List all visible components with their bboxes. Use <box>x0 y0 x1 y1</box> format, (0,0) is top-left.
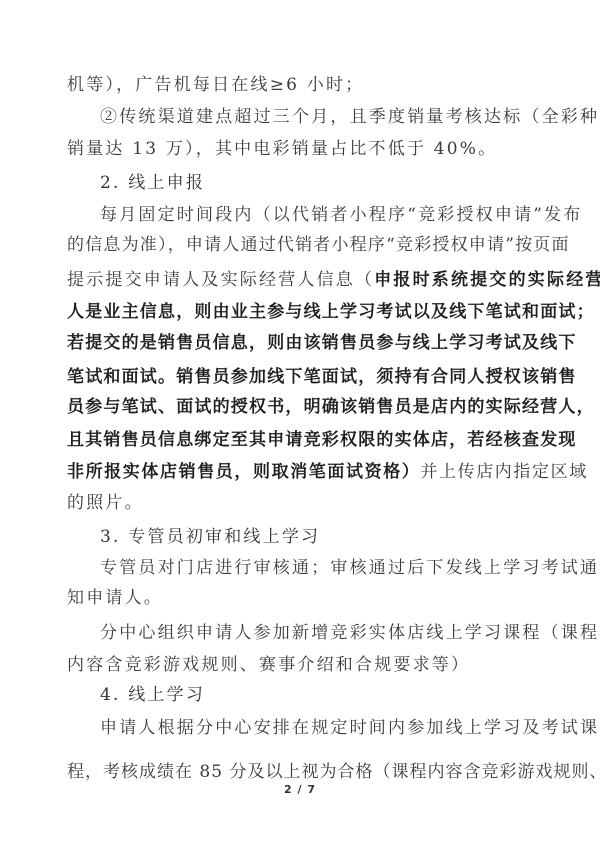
bold-text-line: 人是业主信息，则由业主参与线上学习考试以及线下笔试和面试； <box>67 300 537 324</box>
bold-text-line: 员参与笔试、面试的授权书，明确该销售员是店内的实际经营人， <box>67 395 537 419</box>
text-segment: 的信息为准），申请人通过代销者小程序“竞彩授权申请”按页面 <box>67 235 570 255</box>
bold-text-line: 若提交的是销售员信息，则由该销售员参与线上学习考试及线下 <box>67 331 537 355</box>
body-text-line: 的照片。 <box>67 491 537 515</box>
body-text-line: 机等），广告机每日在线≥6 小时； <box>67 73 537 97</box>
document-page: 机等），广告机每日在线≥6 小时； ②传统渠道建点超过三个月，且季度销量考核达标… <box>0 0 600 856</box>
body-text-line: 申请人根据分中心安排在规定时间内参加线上学习及考试课 <box>100 716 537 740</box>
body-text-line: 每月固定时间段内（以代销者小程序“竞彩授权申请”发布 <box>100 203 537 227</box>
heading-text: 3. 专管员初审和线上学习 <box>100 527 320 547</box>
section-heading-initial-review: 3. 专管员初审和线上学习 <box>100 525 537 549</box>
body-text-line: 程，考核成绩在 85 分及以上视为合格（课程内容含竞彩游戏规则、 <box>67 760 537 784</box>
bold-text-line: 且其销售员信息绑定至其申请竞彩权限的实体店，若经核查发现 <box>67 428 537 452</box>
section-heading-online-learning: 4. 线上学习 <box>100 683 537 707</box>
text-segment: 员参与笔试、面试的授权书，明确该销售员是店内的实际经营人， <box>67 397 595 417</box>
bold-text-segment: 非所报实体店销售员，则取消笔面试资格） <box>67 462 420 482</box>
body-text-line: 非所报实体店销售员，则取消笔面试资格）并上传店内指定区域 <box>67 460 537 484</box>
text-segment: 且其销售员信息绑定至其申请竞彩权限的实体店，若经核查发现 <box>67 430 577 450</box>
bold-text-segment: 申报时系统提交的实际经营 <box>374 270 600 290</box>
heading-text: 2. 线上申报 <box>100 173 205 193</box>
body-text-line: 知申请人。 <box>67 586 537 610</box>
text-segment: 销量达 13 万），其中电彩销量占比不低于 40%。 <box>67 139 497 159</box>
text-segment: 的照片。 <box>67 493 144 513</box>
text-segment: 笔试和面试。销售员参加线下笔面试，须持有合同人授权该销售 <box>67 367 577 387</box>
text-segment: 机等），广告机每日在线≥6 小时； <box>67 75 364 95</box>
text-segment: 专管员对门店进行审核通；审核通过后下发线上学习考试通 <box>100 558 599 578</box>
text-segment: 程，考核成绩在 85 分及以上视为合格（课程内容含竞彩游戏规则、 <box>67 762 600 782</box>
text-segment: ②传统渠道建点超过三个月，且季度销量考核达标（全彩种 <box>100 107 599 127</box>
text-segment: 提示提交申请人及实际经营人信息（ <box>67 270 374 290</box>
text-segment: 内容含竞彩游戏规则、赛事介绍和合规要求等） <box>67 655 470 675</box>
text-segment: 申请人根据分中心安排在规定时间内参加线上学习及考试课 <box>100 718 599 738</box>
body-text-line: 的信息为准），申请人通过代销者小程序“竞彩授权申请”按页面 <box>67 233 537 257</box>
body-text-line: 专管员对门店进行审核通；审核通过后下发线上学习考试通 <box>100 556 537 580</box>
text-segment: 每月固定时间段内（以代销者小程序“竞彩授权申请”发布 <box>100 205 583 225</box>
heading-text: 4. 线上学习 <box>100 685 205 705</box>
text-segment: 知申请人。 <box>67 588 163 608</box>
body-text-line: 销量达 13 万），其中电彩销量占比不低于 40%。 <box>67 137 537 161</box>
body-text-line: 分中心组织申请人参加新增竞彩实体店线上学习课程（课程 <box>100 621 537 645</box>
list-item-condition-2: ②传统渠道建点超过三个月，且季度销量考核达标（全彩种 <box>100 105 537 129</box>
body-text-line: 内容含竞彩游戏规则、赛事介绍和合规要求等） <box>67 653 537 677</box>
text-segment: 人是业主信息，则由业主参与线上学习考试以及线下笔试和面试； <box>67 302 595 322</box>
body-text-line: 提示提交申请人及实际经营人信息（申报时系统提交的实际经营 <box>67 268 537 292</box>
page-number: 2 / 7 <box>0 783 600 796</box>
text-segment: 若提交的是销售员信息，则由该销售员参与线上学习考试及线下 <box>67 333 577 353</box>
bold-text-line: 笔试和面试。销售员参加线下笔面试，须持有合同人授权该销售 <box>67 365 537 389</box>
section-heading-online-application: 2. 线上申报 <box>100 171 537 195</box>
text-segment: 并上传店内指定区域 <box>420 462 587 482</box>
text-segment: 分中心组织申请人参加新增竞彩实体店线上学习课程（课程 <box>100 623 599 643</box>
